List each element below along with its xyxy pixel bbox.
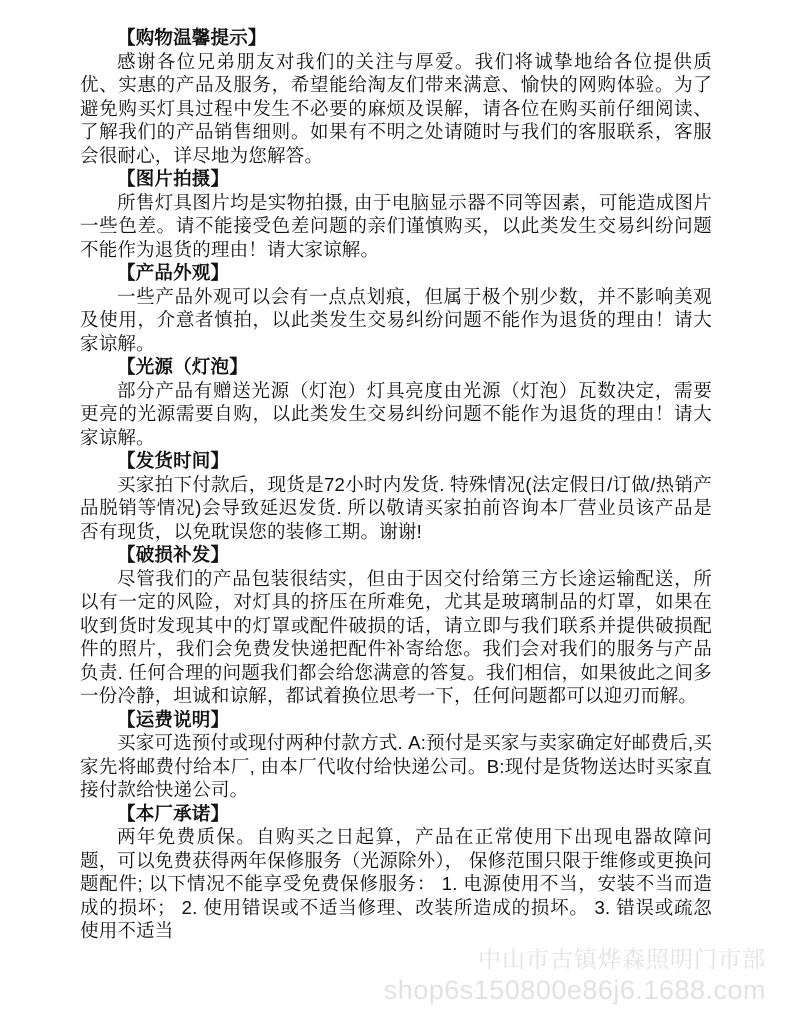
section-heading: 【破损补发】 (80, 543, 712, 567)
watermark: 中山市古镇烨森照明门市部 shop6s150800e86j6.1688.com (384, 944, 766, 1006)
section-freight-explanation: 【运费说明】 买家可选预付或现付两种付款方式. A:预付是买家与卖家确定好邮费后… (80, 708, 712, 802)
section-paragraph: 部分产品有赠送光源（灯泡）灯具亮度由光源（灯泡）瓦数决定，需要更亮的光源需要自购… (80, 379, 712, 450)
section-damage-reissue: 【破损补发】 尽管我们的产品包装很结实，但由于因交付给第三方长途运输配送，所以有… (80, 543, 712, 708)
watermark-store-name: 中山市古镇烨森照明门市部 (384, 944, 766, 974)
document-body: 【购物温馨提示】 感谢各位兄弟朋友对我们的关注与厚爱。我们将诚挚地给各位提供质优… (80, 26, 712, 943)
section-heading: 【产品外观】 (80, 261, 712, 285)
section-heading: 【光源（灯泡】 (80, 355, 712, 379)
section-paragraph: 感谢各位兄弟朋友对我们的关注与厚爱。我们将诚挚地给各位提供质优、实惠的产品及服务… (80, 50, 712, 168)
section-factory-promise: 【本厂承诺】 两年免费质保。自购买之日起算，产品在正常使用下出现电器故障问题，可… (80, 802, 712, 943)
section-paragraph: 尽管我们的产品包装很结实，但由于因交付给第三方长途运输配送，所以有一定的风险，对… (80, 567, 712, 708)
section-light-source: 【光源（灯泡】 部分产品有赠送光源（灯泡）灯具亮度由光源（灯泡）瓦数决定，需要更… (80, 355, 712, 449)
section-product-appearance: 【产品外观】 一些产品外观可以会有一点点划痕，但属于极个别少数，并不影响美观及使… (80, 261, 712, 355)
watermark-shop-url: shop6s150800e86j6.1688.com (384, 974, 766, 1006)
notice-document: { "page": { "background_color": "#ffffff… (0, 0, 790, 1018)
section-shopping-tips: 【购物温馨提示】 感谢各位兄弟朋友对我们的关注与厚爱。我们将诚挚地给各位提供质优… (80, 26, 712, 167)
section-photo-shooting: 【图片拍摄】 所售灯具图片均是实物拍摄, 由于电脑显示器不同等因素，可能造成图片… (80, 167, 712, 261)
section-paragraph: 所售灯具图片均是实物拍摄, 由于电脑显示器不同等因素，可能造成图片一些色差。请不… (80, 191, 712, 262)
section-paragraph: 两年免费质保。自购买之日起算，产品在正常使用下出现电器故障问题，可以免费获得两年… (80, 825, 712, 943)
section-paragraph: 买家拍下付款后，现货是72小时内发货. 特殊情况(法定假日/订做/热销产品脱销等… (80, 473, 712, 544)
section-paragraph: 买家可选预付或现付两种付款方式. A:预付是买家与卖家确定好邮费后,买家先将邮费… (80, 731, 712, 802)
section-heading: 【发货时间】 (80, 449, 712, 473)
section-heading: 【图片拍摄】 (80, 167, 712, 191)
section-shipping-time: 【发货时间】 买家拍下付款后，现货是72小时内发货. 特殊情况(法定假日/订做/… (80, 449, 712, 543)
section-heading: 【购物温馨提示】 (80, 26, 712, 50)
section-paragraph: 一些产品外观可以会有一点点划痕，但属于极个别少数，并不影响美观及使用，介意者慎拍… (80, 285, 712, 356)
section-heading: 【本厂承诺】 (80, 802, 712, 826)
section-heading: 【运费说明】 (80, 708, 712, 732)
